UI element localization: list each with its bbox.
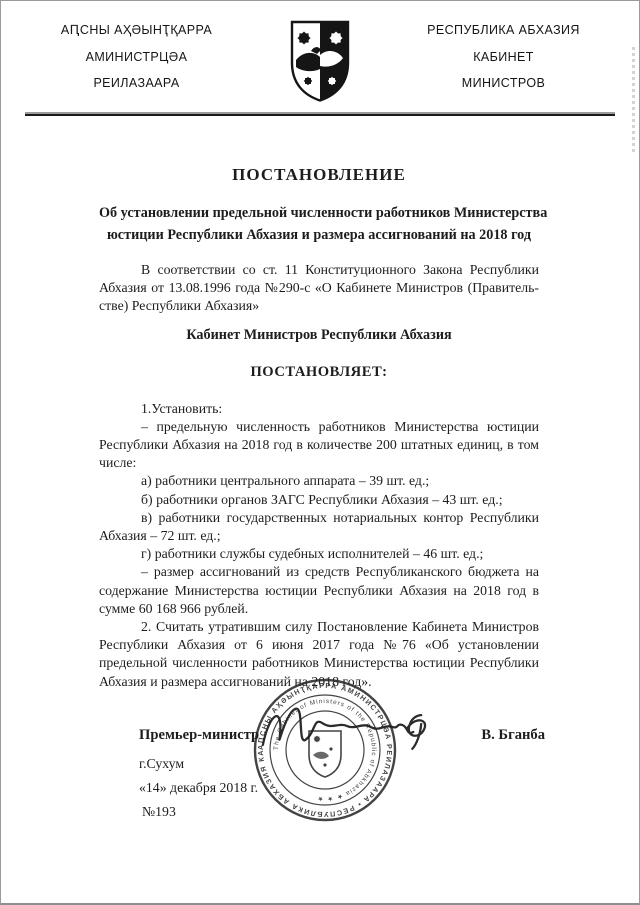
- intro-paragraph: В соответствии со ст. 11 Конституционног…: [99, 261, 539, 316]
- text-line: АԤСНЫ АҲӘЫНҬҚАРРА: [29, 17, 244, 44]
- coat-of-arms-icon: [287, 19, 353, 103]
- text-line: – размер ассигнований из средств Республ…: [99, 563, 539, 581]
- footer-city: г.Сухум: [139, 756, 184, 772]
- text-line: числе:: [99, 454, 539, 472]
- text-line: Республики Абхазия на 2018 год в количес…: [99, 436, 539, 454]
- header-divider-rule: [25, 112, 615, 116]
- text-line: Об установлении предельной численности р…: [99, 202, 539, 224]
- text-line: РЕИЛАЗААРА: [29, 70, 244, 97]
- text-line: в) работники государственных нотариальны…: [99, 509, 539, 527]
- text-line: МИНИСТРОВ: [396, 70, 611, 97]
- letterhead-left: АԤСНЫ АҲӘЫНҬҚАРРААМИНИСТРЦӘАРЕИЛАЗААРА: [29, 17, 244, 97]
- footer-decree-number: №193: [142, 804, 176, 820]
- text-line: РЕСПУБЛИКА АБХАЗИЯ: [396, 17, 611, 44]
- signer-name: В. Бганба: [481, 727, 545, 744]
- signer-title: Премьер-министр: [139, 727, 259, 744]
- document-body: ПОСТАНОВЛЕНИЕ Об установлении предельной…: [1, 165, 639, 691]
- footer-date: «14» декабря 2018 г.: [139, 780, 258, 796]
- document-subtitle: Об установлении предельной численности р…: [99, 202, 539, 246]
- text-line: юстиции Республики Абхазия и размера асс…: [99, 224, 539, 246]
- text-line: В соответствии со ст. 11 Конституционног…: [99, 261, 539, 279]
- document-page: АԤСНЫ АҲӘЫНҬҚАРРААМИНИСТРЦӘАРЕИЛАЗААРА: [0, 0, 640, 905]
- decree-word: ПОСТАНОВЛЯЕТ:: [99, 364, 539, 381]
- letterhead: АԤСНЫ АҲӘЫНҬҚАРРААМИНИСТРЦӘАРЕИЛАЗААРА: [1, 1, 639, 103]
- text-line: предельной численности работников Минист…: [99, 654, 539, 672]
- text-line: Республики Абхазия от 6 июня 2017 года №…: [99, 636, 539, 654]
- text-line: АМИНИСТРЦӘА: [29, 44, 244, 71]
- decree-items: 1.Установить:– предельную численность ра…: [99, 400, 539, 691]
- scan-noise: [632, 47, 635, 155]
- text-line: 1.Установить:: [99, 400, 539, 418]
- text-line: г) работники службы судебных исполнителе…: [99, 545, 539, 563]
- document-title: ПОСТАНОВЛЕНИЕ: [99, 165, 539, 185]
- issuing-body-line: Кабинет Министров Республики Абхазия: [99, 327, 539, 344]
- text-line: а) работники центрального аппарата – 39 …: [99, 472, 539, 490]
- text-line: 2. Считать утратившим силу Постановление…: [99, 618, 539, 636]
- text-line: Абхазия от 13.08.1996 года №290-с «О Каб…: [99, 279, 539, 297]
- text-line: сумме 60 168 966 рублей.: [99, 600, 539, 618]
- text-line: стве) Республики Абхазия»: [99, 297, 539, 315]
- text-line: содержание Министерства юстиции Республи…: [99, 582, 539, 600]
- signature-row: Премьер-министр В. Бганба: [139, 727, 545, 744]
- text-line: – предельную численность работников Мини…: [99, 418, 539, 436]
- text-line: Абхазия – 72 шт. ед.;: [99, 527, 539, 545]
- letterhead-right: РЕСПУБЛИКА АБХАЗИЯКАБИНЕТМИНИСТРОВ: [396, 17, 611, 97]
- text-line: б) работники органов ЗАГС Республики Абх…: [99, 491, 539, 509]
- text-line: КАБИНЕТ: [396, 44, 611, 71]
